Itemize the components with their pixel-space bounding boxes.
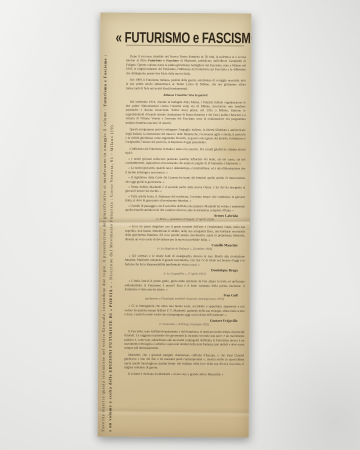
intro-paragraph: Nel 1909, il Futurismo italiano, profeta… <box>126 78 246 91</box>
margin-note-outer-book-title: Futurismo e Fascismo : <box>103 54 108 106</box>
leaflet-document: « FUTURISMO e FASCISMO » Favorite inseri… <box>98 13 252 438</box>
fold-crease <box>98 406 252 418</box>
review-text: « Ci si immaginerà che entro una buona s… <box>124 304 244 317</box>
review-source: (« Roma », quotidiano di Napoli, 27 apri… <box>125 218 245 222</box>
quote-item: « I nostri giovani ardiscono praticare q… <box>125 157 245 166</box>
history-paragraph: Questo programma poteva sviluppare l'org… <box>125 128 245 146</box>
closing-paragraph: Il Fascismo, nato dall'intervenzionismo … <box>124 330 244 352</box>
review-source: (prefazione a l'Antologia mondiale di po… <box>125 297 245 301</box>
review-text: « Gli scrittori e le strade folli di ava… <box>125 254 245 267</box>
quote-item: « Tutta quella forza, il disprezzo del m… <box>125 195 245 204</box>
review-source: (« La Dépêche de Toulouse », 24 ottobre … <box>125 247 245 251</box>
review-source: (« Le Crapouillot », 17 aprile 1921) <box>125 272 245 276</box>
body-text-column: Dopo il successo trionfale del Nuovo Tea… <box>124 55 246 380</box>
closing-paragraph: Marinetti, che i giornali parigini chiam… <box>124 353 244 371</box>
intro-paragraph: Dopo il successo trionfale del Nuovo Tea… <box>126 55 246 77</box>
quote-item: « La nostra gioventù, quando non è dannu… <box>125 166 245 175</box>
quote-item: « Senza dubbio Marinetti è il secondo pa… <box>125 185 245 194</box>
review-text: « Ecco un paese singolare ove il genio t… <box>125 225 245 243</box>
quote-item: « Uomini di passaggio con il solo fine d… <box>125 204 245 213</box>
review-text: « L'Italia lanciò il primo grido, grido … <box>125 279 245 292</box>
margin-note-outer: Favorite inserire questa recensione nel … <box>101 54 108 431</box>
document-title: « FUTURISMO e FASCISMO » <box>114 27 248 46</box>
margin-note-outer-text: Favorite inserire questa recensione nel … <box>101 106 107 431</box>
quote-item: « Il legislatore della Carta del Carnaro… <box>125 176 245 185</box>
margin-note-inner-address: - Direzione del Movimento Futurista : Co… <box>108 123 113 285</box>
slogan-line: Abbasso l'Austria! Viva la guerra! <box>126 93 246 98</box>
margin-note-inner: e un volume a scelta delle EDIZIONI FUTU… <box>107 123 113 431</box>
review-source: (« Comoedia », di Parigi, 18 giugno 1923… <box>124 323 244 327</box>
margin-note-inner-publisher: e un volume a scelta delle EDIZIONI FUTU… <box>107 285 112 432</box>
book-title-mention: Futurismo e Fascismo <box>148 59 179 63</box>
photo-backdrop: « FUTURISMO e FASCISMO » Favorite inseri… <box>0 0 360 450</box>
history-paragraph: Nel settembre 1914, durante la battaglia… <box>126 100 246 126</box>
reviews-lead-in: L'influenza del Futurismo in Italia è st… <box>125 147 245 156</box>
closing-paragraph: Il volume è dedicato da Marinetti « al s… <box>124 372 244 377</box>
